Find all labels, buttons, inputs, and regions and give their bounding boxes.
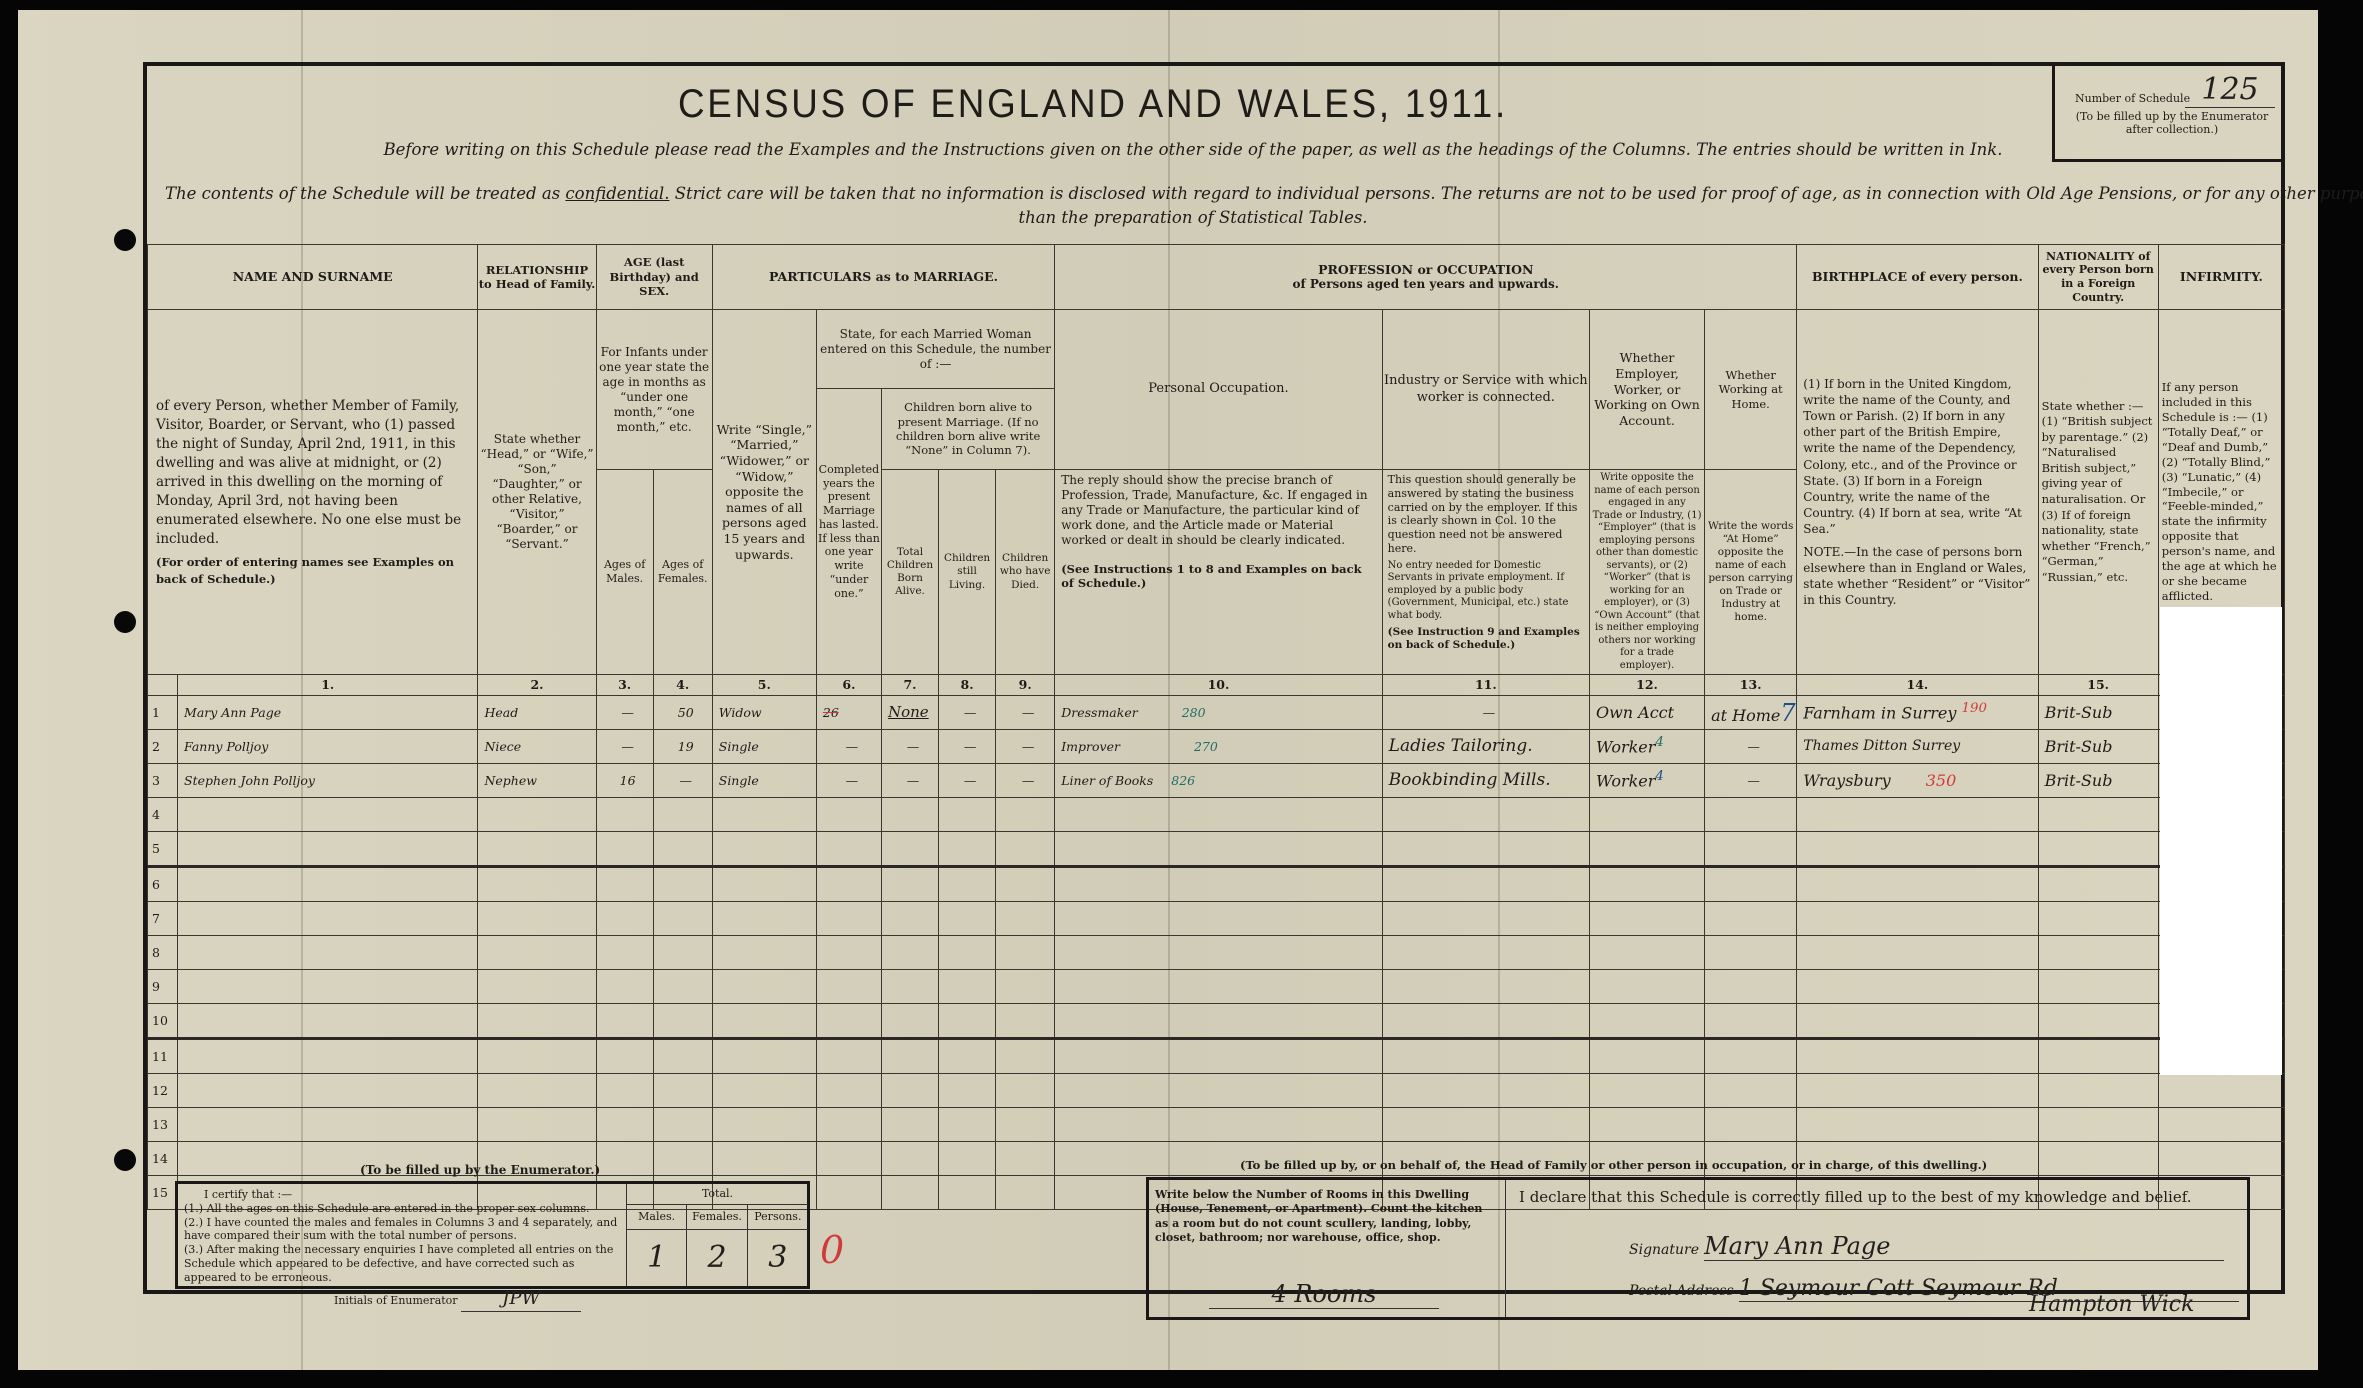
punch-hole-icon (114, 1149, 136, 1171)
header-industry: Industry or Service with which worker is… (1382, 310, 1589, 470)
relationship-cell[interactable]: Niece (478, 730, 596, 764)
instructions-industry: This question should generally be answer… (1382, 470, 1589, 675)
schedule-number-value[interactable]: 125 (2185, 72, 2275, 108)
employer-cell[interactable]: Own Acct (1589, 696, 1704, 730)
header-children-died: Children who have Died. (996, 470, 1055, 675)
postal-address-line2[interactable]: Hampton Wick (2029, 1292, 2194, 1317)
instructions-nationality: State whether :— (1) “British subject by… (2038, 310, 2158, 675)
age-male-cell[interactable]: — (596, 696, 653, 730)
enumerator-heading: (To be filled up by the Enumerator.) (360, 1163, 600, 1177)
employer-cell[interactable]: Worker4 (1589, 730, 1704, 764)
header-nationality: NATIONALITY of every Person born in a Fo… (2038, 245, 2158, 310)
header-employer: Whether Employer, Worker, or Working on … (1589, 310, 1704, 470)
signature-field[interactable]: Mary Ann Page (1704, 1232, 2224, 1261)
instructions-name: of every Person, whether Member of Famil… (148, 310, 478, 675)
instructions-personal-occupation: The reply should show the precise branch… (1055, 470, 1382, 675)
children-total-cell[interactable]: — (881, 730, 938, 764)
instructions-children: Children born alive to present Marriage.… (881, 389, 1054, 470)
table-row: 1 Mary Ann Page Head — 50 Widow 26 None … (148, 696, 2285, 730)
condition-cell[interactable]: Single (712, 764, 816, 798)
occupation-cell[interactable]: Dressmaker 280 (1055, 696, 1382, 730)
instruction-line: Before writing on this Schedule please r… (143, 140, 2243, 159)
industry-cell[interactable]: Ladies Tailoring. (1382, 730, 1589, 764)
occupation-cell[interactable]: Improver 270 (1055, 730, 1382, 764)
confidential-notice: The contents of the Schedule will be tre… (165, 184, 2265, 203)
header-marriage: PARTICULARS as to MARRIAGE. (712, 245, 1054, 310)
nationality-cell[interactable]: Brit-Sub (2038, 696, 2158, 730)
children-living-cell[interactable]: — (939, 730, 996, 764)
children-living-cell[interactable]: — (939, 696, 996, 730)
table-row: 4 (148, 798, 2285, 832)
years-married-cell[interactable]: — (816, 730, 881, 764)
rooms-box: Write below the Number of Rooms in this … (1149, 1180, 1506, 1317)
birthplace-cell[interactable]: Farnham in Surrey 190 (1797, 696, 2038, 730)
condition-cell[interactable]: Single (712, 730, 816, 764)
instructions-employer: Write opposite the name of each person e… (1589, 470, 1704, 675)
table-row: 2 Fanny Polljoy Niece — 19 Single — — — … (148, 730, 2285, 764)
children-died-cell[interactable]: — (996, 764, 1055, 798)
nationality-cell[interactable]: Brit-Sub (2038, 730, 2158, 764)
header-ages-females: Ages of Females. (653, 470, 712, 675)
relationship-cell[interactable]: Head (478, 696, 596, 730)
occupation-code: 826 (1171, 773, 1195, 788)
header-ages-males: Ages of Males. (596, 470, 653, 675)
instructions-relationship: State whether “Head,” or “Wife,” “Son,” … (478, 310, 596, 675)
birthplace-code: 190 (1962, 701, 1987, 716)
table-row: 13 (148, 1108, 2285, 1142)
instructions-condition: Write “Single,” “Married,” “Widower,” or… (712, 310, 816, 675)
occupation-code: 270 (1194, 739, 1218, 754)
instructions-years-married: Completed years the present Marriage has… (816, 389, 881, 675)
header-age: AGE (last Birthday) and SEX. (596, 245, 712, 310)
instructions-age: For Infants under one year state the age… (596, 310, 712, 470)
years-married-cell[interactable]: — (816, 764, 881, 798)
header-total-children: Total Children Born Alive. (881, 470, 938, 675)
total-females[interactable]: 2 (687, 1230, 747, 1286)
employer-cell[interactable]: Worker4 (1589, 764, 1704, 798)
occupier-heading: (To be filled up by, or on behalf of, th… (1240, 1158, 1987, 1172)
table-row: 6 (148, 867, 2285, 902)
home-cell[interactable]: at Home7 (1705, 696, 1797, 730)
total-persons[interactable]: 3 (748, 1230, 808, 1286)
header-occupation: PROFESSION or OCCUPATION of Persons aged… (1055, 245, 1797, 310)
home-cell[interactable]: — (1705, 730, 1797, 764)
age-female-cell[interactable]: 50 (653, 696, 712, 730)
redaction-block (2160, 607, 2282, 1075)
enumerator-initials[interactable]: JPW (461, 1288, 581, 1312)
employer-code: 4 (1655, 735, 1663, 750)
punch-hole-icon (114, 229, 136, 251)
age-male-cell[interactable]: 16 (596, 764, 653, 798)
table-row: 9 (148, 970, 2285, 1004)
header-children-living: Children still Living. (939, 470, 996, 675)
instructions-home: Write the words “At Home” opposite the n… (1705, 470, 1797, 675)
header-birthplace: BIRTHPLACE of every person. (1797, 245, 2038, 310)
birthplace-cell[interactable]: Wraysbury 350 (1797, 764, 2038, 798)
nationality-cell[interactable]: Brit-Sub (2038, 764, 2158, 798)
declaration-box: Write below the Number of Rooms in this … (1146, 1177, 2250, 1320)
children-total-cell[interactable]: None (881, 696, 938, 730)
relationship-cell[interactable]: Nephew (478, 764, 596, 798)
table-row: 10 (148, 1004, 2285, 1039)
totals-box: Total. Males. Females. Persons. 1 2 3 (626, 1184, 808, 1286)
children-total-cell[interactable]: — (881, 764, 938, 798)
children-living-cell[interactable]: — (939, 764, 996, 798)
header-home: Whether Working at Home. (1705, 310, 1797, 470)
birthplace-cell[interactable]: Thames Ditton Surrey (1797, 730, 2038, 764)
table-row: 3 Stephen John Polljoy Nephew 16 — Singl… (148, 764, 2285, 798)
home-code: 7 (1780, 699, 1795, 727)
document-title: CENSUS OF ENGLAND AND WALES, 1911. (219, 82, 1967, 127)
household-table: NAME AND SURNAME RELATIONSHIP to Head of… (147, 244, 2285, 1210)
occupation-cell[interactable]: Liner of Books 826 (1055, 764, 1382, 798)
table-row: 8 (148, 936, 2285, 970)
home-cell[interactable]: — (1705, 764, 1797, 798)
schedule-number-box: Number of Schedule 125 (To be filled up … (2052, 62, 2285, 162)
condition-cell[interactable]: Widow (712, 696, 816, 730)
total-males[interactable]: 1 (627, 1230, 687, 1286)
name-cell[interactable]: Mary Ann Page (178, 696, 478, 730)
header-name: NAME AND SURNAME (148, 245, 478, 310)
birthplace-code: 350 (1926, 771, 1957, 790)
red-check-mark: 0 (820, 1228, 844, 1272)
table-row: 12 (148, 1074, 2285, 1108)
industry-cell[interactable]: Bookbinding Mills. (1382, 764, 1589, 798)
header-personal-occupation: Personal Occupation. (1055, 310, 1382, 470)
confidential-word: confidential. (565, 184, 669, 203)
rooms-count[interactable]: 4 Rooms (1209, 1280, 1439, 1309)
header-relationship: RELATIONSHIP to Head of Family. (478, 245, 596, 310)
enumerator-certificate-box: I certify that :— (1.) All the ages on t… (175, 1181, 810, 1289)
industry-cell[interactable]: — (1382, 696, 1589, 730)
header-infirmity: INFIRMITY. (2158, 245, 2284, 310)
age-male-cell[interactable]: — (596, 730, 653, 764)
age-female-cell[interactable]: 19 (653, 730, 712, 764)
occupation-code: 280 (1182, 705, 1206, 720)
declaration-text: I declare that this Schedule is correctl… (1519, 1188, 2192, 1206)
years-married-cell[interactable]: 26 (816, 696, 881, 730)
children-died-cell[interactable]: — (996, 696, 1055, 730)
instructions-birthplace: (1) If born in the United Kingdom, write… (1797, 310, 2038, 675)
name-cell[interactable]: Fanny Polljoy (178, 730, 478, 764)
employer-code: 4 (1655, 769, 1663, 784)
table-row: 7 (148, 902, 2285, 936)
name-cell[interactable]: Stephen John Polljoy (178, 764, 478, 798)
children-died-cell[interactable]: — (996, 730, 1055, 764)
table-row: 11 (148, 1039, 2285, 1074)
instructions-married-woman: State, for each Married Woman entered on… (816, 310, 1054, 389)
age-female-cell[interactable]: — (653, 764, 712, 798)
column-number-row: 1. 2. 3. 4. 5. 6. 7. 8. 9. 10. 11. 12. 1… (148, 675, 2285, 696)
table-row: 5 (148, 832, 2285, 867)
punch-hole-icon (114, 611, 136, 633)
